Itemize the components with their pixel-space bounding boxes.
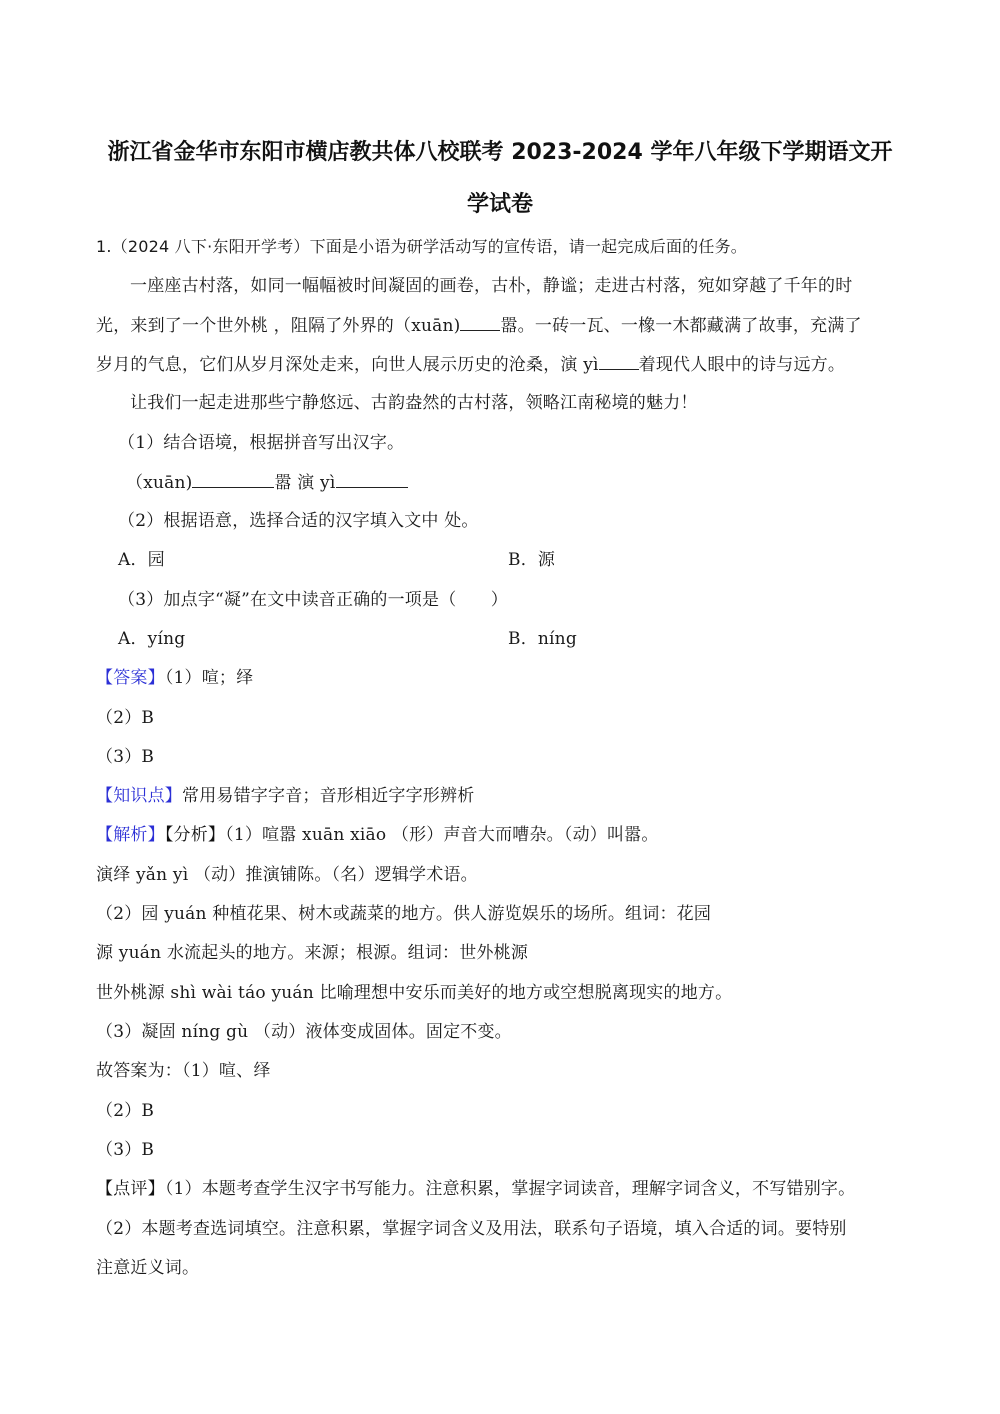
review-tag: 【点评】 xyxy=(96,1179,165,1199)
sub3-prompt: （3）加点字“凝”在文中读音正确的一项是（ ） xyxy=(118,589,508,611)
review-line2: （2）本题考查选词填空。注意积累，掌握字词含义及用法，联系句子语境，填入合适的词… xyxy=(96,1218,847,1240)
passage-p1-line3: 岁月的气息，它们从岁月深处走来，向世人展示历史的沧桑，演 yì着现代人眼中的诗与… xyxy=(96,353,845,376)
fill-label: （xuān) xyxy=(126,473,192,493)
review-line3: 注意近义词。 xyxy=(96,1257,199,1279)
sub1-prompt: （1）结合语境，根据拼音写出汉字。 xyxy=(118,432,404,454)
passage-text: 光，来到了一个世外桃 ，阻隔了外界的（xuān) xyxy=(96,316,460,336)
analysis-tag: 【解析】 xyxy=(96,825,165,845)
fill-blank xyxy=(460,314,500,331)
knowledge-tag: 【知识点】 xyxy=(96,786,182,806)
analysis-line8: （2）B xyxy=(96,1100,154,1122)
sub3-option-b: B．níng xyxy=(508,628,577,650)
question-header: 1.（2024 八下·东阳开学考）下面是小语为研学活动写的宣传语，请一起完成后面… xyxy=(96,236,747,258)
analysis-line9: （3）B xyxy=(96,1139,154,1161)
sub2-option-a: A．园 xyxy=(118,549,165,571)
analysis-line4: 源 yuán 水流起头的地方。来源；根源。组词：世外桃源 xyxy=(96,942,528,964)
passage-p2: 让我们一起走进那些宁静悠远、古韵盎然的古村落，领略江南秘境的魅力！ xyxy=(130,392,698,414)
answer-text: （1）喧；绎 xyxy=(165,668,254,688)
analysis-line7: 故答案为：（1）喧、绎 xyxy=(96,1060,271,1082)
analysis-line2: 演绎 yǎn yì （动）推演铺陈。（名）逻辑学术语。 xyxy=(96,864,478,886)
analysis-line5: 世外桃源 shì wài táo yuán 比喻理想中安乐而美好的地方或空想脱离… xyxy=(96,982,732,1004)
sub1-fill: （xuān)嚣 演 yì xyxy=(126,471,408,494)
analysis-line6: （3）凝固 níng gù （动）液体变成固体。固定不变。 xyxy=(96,1021,512,1043)
review-text: （1）本题考查学生汉字书写能力。注意积累，掌握字词读音，理解字词含义，不写错别字… xyxy=(165,1179,856,1199)
sub2-option-b: B．源 xyxy=(508,549,555,571)
sub2-prompt: （2）根据语意，选择合适的汉字填入文中 处。 xyxy=(118,510,479,532)
fill-blank xyxy=(192,471,274,488)
answer-line1: 【答案】（1）喧；绎 xyxy=(96,667,253,689)
fill-label: 嚣 演 yì xyxy=(274,473,335,493)
passage-text: 嚣。一砖一瓦、一橡一木都藏满了故事，充满了 xyxy=(500,316,861,336)
knowledge-text: 常用易错字字音；音形相近字字形辨析 xyxy=(182,786,474,806)
passage-text: 着现代人眼中的诗与远方。 xyxy=(639,355,845,375)
analysis-line3: （2）园 yuán 种植花果、树木或蔬菜的地方。供人游览娱乐的场所。组词：花园 xyxy=(96,903,711,925)
question-source: （2024 八下·东阳开学考） xyxy=(112,237,310,256)
fill-blank xyxy=(599,353,639,370)
analysis-line1: 【解析】【分析】（1）喧嚣 xuān xiāo （形）声音大而嘈杂。（动）叫嚣。 xyxy=(96,824,659,846)
question-prompt: 下面是小语为研学活动写的宣传语，请一起完成后面的任务。 xyxy=(310,237,747,256)
fill-blank xyxy=(336,471,408,488)
document-title-line2: 学试卷 xyxy=(60,187,940,218)
document-title-line1: 浙江省金华市东阳市横店教共体八校联考 2023-2024 学年八年级下学期语文开 xyxy=(60,135,940,166)
answer-line2: （2）B xyxy=(96,707,154,729)
answer-tag: 【答案】 xyxy=(96,668,165,688)
sub3-option-a: A．yíng xyxy=(118,628,185,650)
passage-p1-line1: 一座座古村落，如同一幅幅被时间凝固的画卷，古朴，静谧；走进古村落，宛如穿越了千年… xyxy=(130,275,852,297)
analysis-text: （1）喧嚣 xuān xiāo （形）声音大而嘈杂。（动）叫嚣。 xyxy=(225,825,658,845)
passage-text: 岁月的气息，它们从岁月深处走来，向世人展示历史的沧桑，演 yì xyxy=(96,355,599,375)
answer-line3: （3）B xyxy=(96,746,154,768)
question-number: 1. xyxy=(96,237,112,256)
knowledge-line: 【知识点】常用易错字字音；音形相近字字形辨析 xyxy=(96,785,474,807)
passage-p1-line2: 光，来到了一个世外桃 ，阻隔了外界的（xuān)嚣。一砖一瓦、一橡一木都藏满了故… xyxy=(96,314,862,337)
analysis-subtag: 【分析】 xyxy=(165,825,225,845)
review-line1: 【点评】（1）本题考查学生汉字书写能力。注意积累，掌握字词读音，理解字词含义，不… xyxy=(96,1178,855,1200)
